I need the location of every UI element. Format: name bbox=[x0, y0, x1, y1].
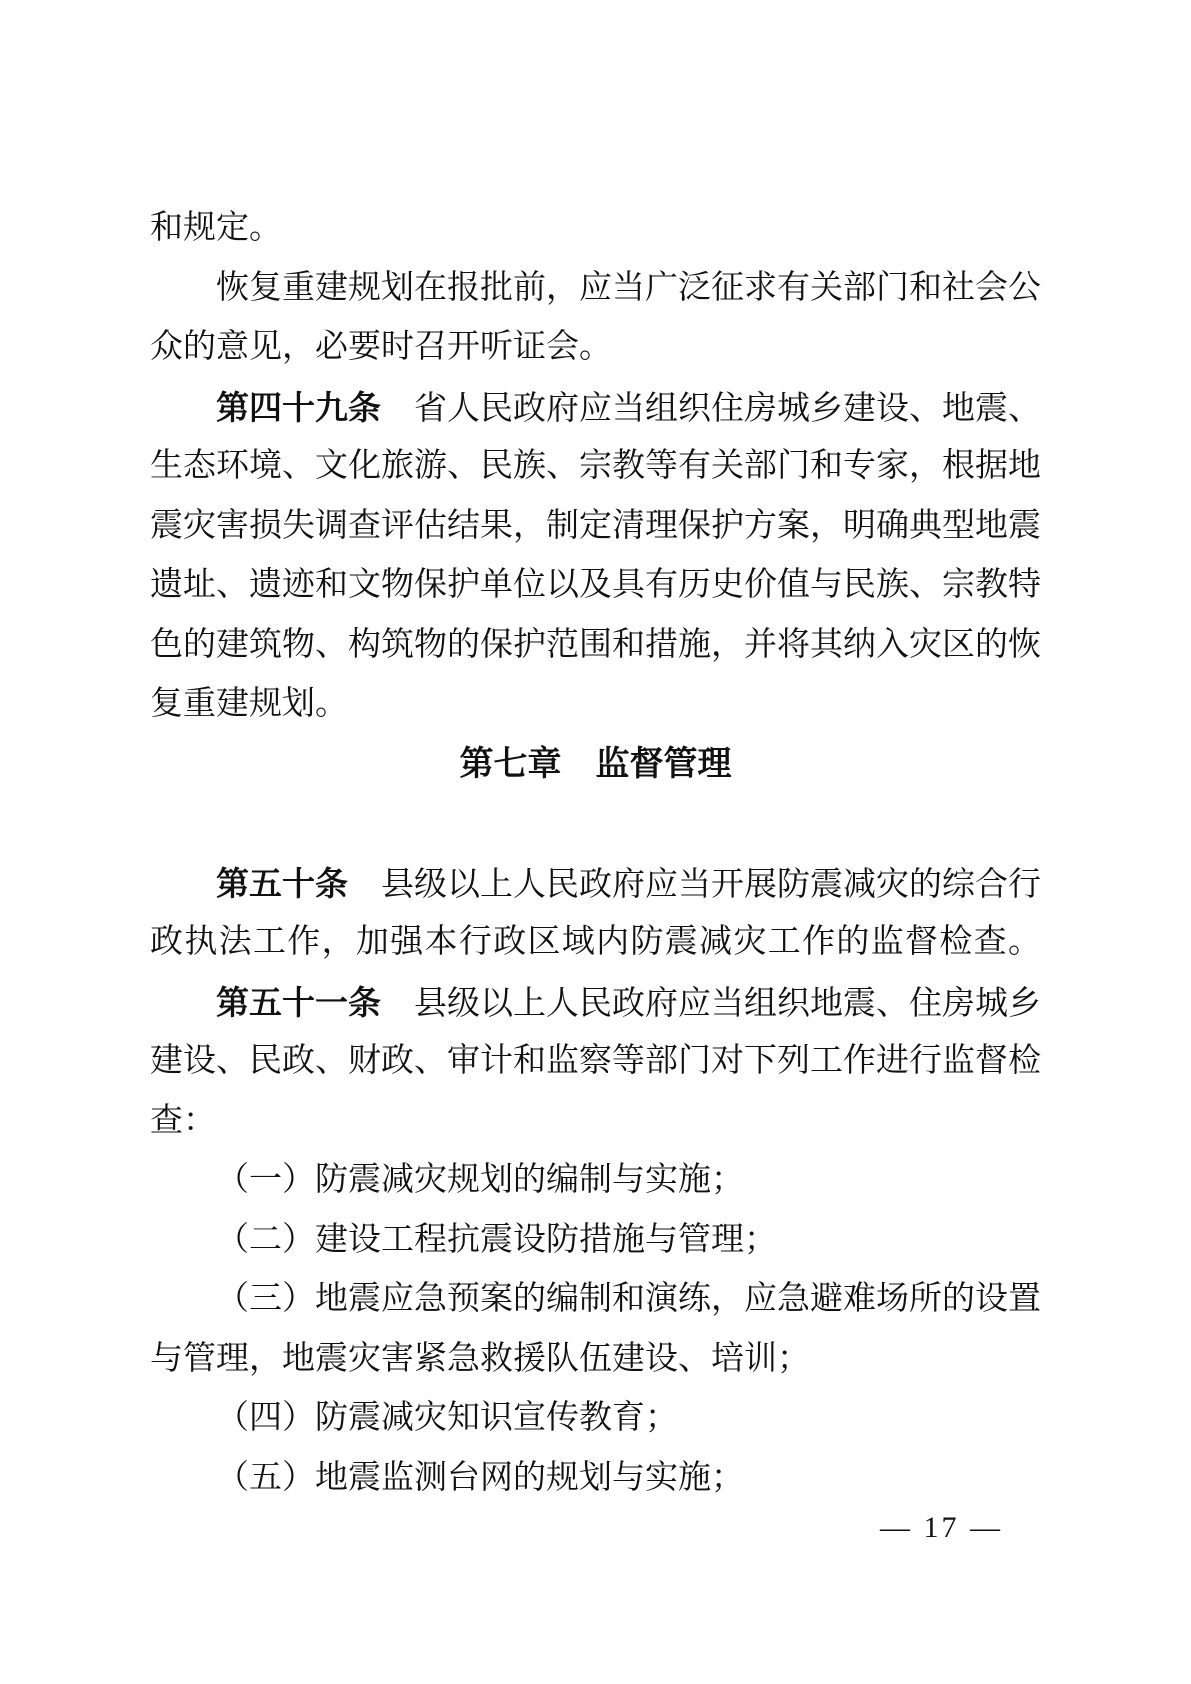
text-segment: 震灾害损失调查评估结果，制定清理保护方案，明确典型地震 bbox=[150, 508, 1041, 544]
text-line: 第四十九条 省人民政府应当组织住房城乡建设、地震、 bbox=[150, 378, 1041, 438]
text-segment: （一）防震减灾规划的编制与实施； bbox=[216, 1162, 744, 1198]
text-segment: 县级以上人民政府应当开展防震减灾的综合行 bbox=[348, 867, 1041, 903]
text-line: 震灾害损失调查评估结果，制定清理保护方案，明确典型地震 bbox=[150, 497, 1041, 557]
text-segment: 生态环境、文化旅游、民族、宗教等有关部门和专家，根据地 bbox=[150, 448, 1041, 484]
text-segment: （五）地震监测台网的规划与实施； bbox=[216, 1460, 744, 1496]
page-number: — 17 — bbox=[880, 1508, 1003, 1548]
text-segment: 色的建筑物、构筑物的保护范围和措施，并将其纳入灾区的恢 bbox=[150, 627, 1041, 663]
text-line: （五）地震监测台网的规划与实施； bbox=[150, 1449, 1041, 1509]
text-line: （一）防震减灾规划的编制与实施； bbox=[150, 1151, 1041, 1211]
article-number: 第五十条 bbox=[216, 865, 348, 902]
text-line: （二）建设工程抗震设防措施与管理； bbox=[150, 1211, 1041, 1271]
document-page: 和规定。恢复重建规划在报批前，应当广泛征求有关部门和社会公众的意见，必要时召开听… bbox=[0, 0, 1191, 1684]
text-line: 第五十一条 县级以上人民政府应当组织地震、住房城乡 bbox=[150, 973, 1041, 1033]
text-segment: 省人民政府应当组织住房城乡建设、地震、 bbox=[381, 391, 1041, 427]
text-segment: （三）地震应急预案的编制和演练，应急避难场所的设置 bbox=[216, 1281, 1041, 1317]
text-segment: 政执法工作，加强本行政区域内防震减灾工作的监督检查。 bbox=[150, 924, 1041, 960]
text-line: （四）防震减灾知识宣传教育； bbox=[150, 1389, 1041, 1449]
text-segment: 与管理，地震灾害紧急救援队伍建设、培训； bbox=[150, 1341, 810, 1377]
text-segment: 恢复重建规划在报批前，应当广泛征求有关部门和社会公 bbox=[216, 270, 1041, 306]
text-line: 众的意见，必要时召开听证会。 bbox=[150, 318, 1041, 378]
blank-line bbox=[150, 794, 1041, 854]
text-segment: （四）防震减灾知识宣传教育； bbox=[216, 1400, 678, 1436]
text-line: 遗址、遗迹和文物保护单位以及具有历史价值与民族、宗教特 bbox=[150, 556, 1041, 616]
text-line: 查： bbox=[150, 1092, 1041, 1152]
text-segment: 复重建规划。 bbox=[150, 686, 348, 722]
text-segment: 第七章 监督管理 bbox=[460, 745, 732, 783]
text-segment: 查： bbox=[150, 1103, 216, 1139]
text-line: 复重建规划。 bbox=[150, 675, 1041, 735]
article-number: 第五十一条 bbox=[216, 984, 381, 1021]
text-line: 与管理，地震灾害紧急救援队伍建设、培训； bbox=[150, 1330, 1041, 1390]
text-line: 恢复重建规划在报批前，应当广泛征求有关部门和社会公 bbox=[150, 259, 1041, 319]
text-line: 建设、民政、财政、审计和监察等部门对下列工作进行监督检 bbox=[150, 1032, 1041, 1092]
text-segment: 县级以上人民政府应当组织地震、住房城乡 bbox=[381, 986, 1041, 1022]
chapter-heading: 第七章 监督管理 bbox=[150, 735, 1041, 795]
text-line: 生态环境、文化旅游、民族、宗教等有关部门和专家，根据地 bbox=[150, 437, 1041, 497]
article-number: 第四十九条 bbox=[216, 389, 381, 426]
text-line: （三）地震应急预案的编制和演练，应急避难场所的设置 bbox=[150, 1270, 1041, 1330]
text-segment: 建设、民政、财政、审计和监察等部门对下列工作进行监督检 bbox=[150, 1043, 1041, 1079]
text-segment: 众的意见，必要时召开听证会。 bbox=[150, 329, 612, 365]
text-line: 和规定。 bbox=[150, 199, 1041, 259]
text-line: 色的建筑物、构筑物的保护范围和措施，并将其纳入灾区的恢 bbox=[150, 616, 1041, 676]
text-segment: 和规定。 bbox=[150, 210, 282, 246]
text-segment: （二）建设工程抗震设防措施与管理； bbox=[216, 1222, 777, 1258]
text-line: 第五十条 县级以上人民政府应当开展防震减灾的综合行 bbox=[150, 854, 1041, 914]
document-body: 和规定。恢复重建规划在报批前，应当广泛征求有关部门和社会公众的意见，必要时召开听… bbox=[150, 199, 1041, 1508]
text-segment: 遗址、遗迹和文物保护单位以及具有历史价值与民族、宗教特 bbox=[150, 567, 1041, 603]
text-line: 政执法工作，加强本行政区域内防震减灾工作的监督检查。 bbox=[150, 913, 1041, 973]
